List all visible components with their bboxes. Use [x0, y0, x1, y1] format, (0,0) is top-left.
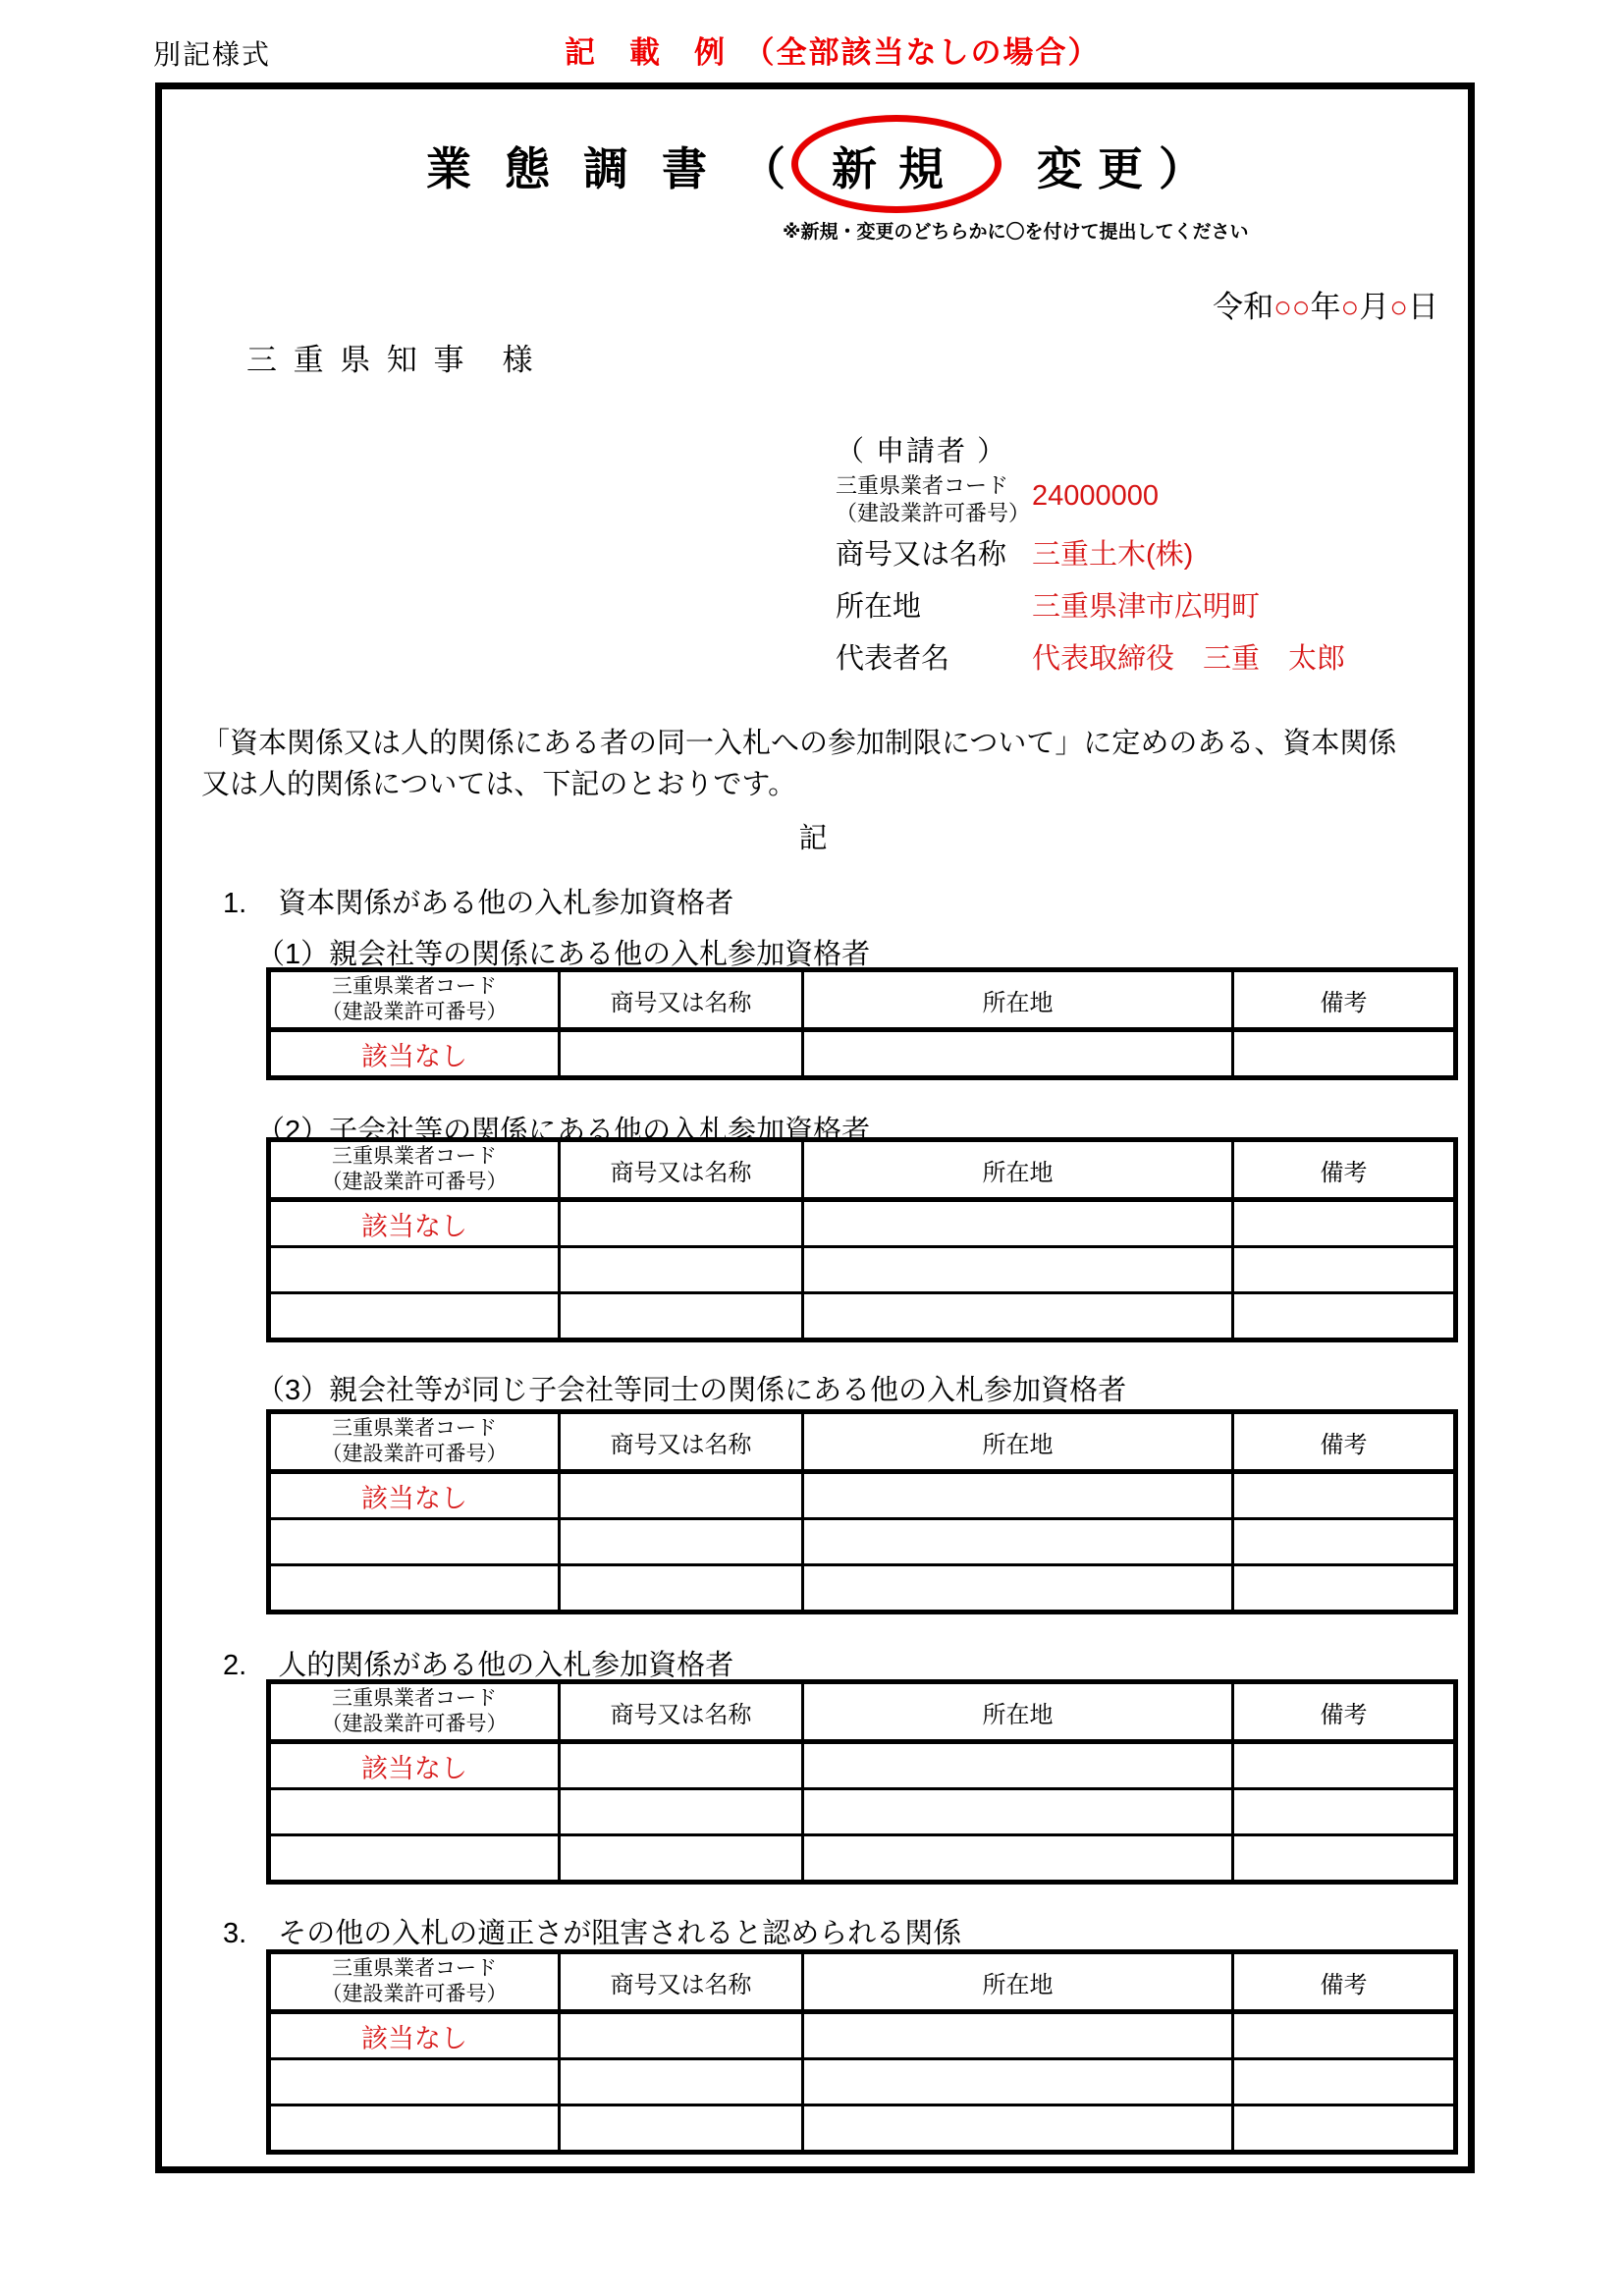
document-title: 業態調書（新規変更） [162, 133, 1468, 198]
date-era: 令和 [1213, 290, 1273, 324]
cell-code [269, 1519, 560, 1565]
cell-address [803, 1835, 1233, 1883]
cell-name [560, 2059, 803, 2105]
cell-name [560, 1200, 803, 1247]
cell-address [803, 1472, 1233, 1519]
cell-address [803, 1519, 1233, 1565]
col-header-code-line2: （建設業許可番号） [271, 1712, 558, 1737]
cell-address [803, 1565, 1233, 1613]
col-header-note: 備考 [1233, 1140, 1456, 1200]
table-row [269, 2105, 1456, 2153]
col-header-code-line2: （建設業許可番号） [271, 1982, 558, 2007]
representative-value: 代表取締役 三重 太郎 [1032, 636, 1345, 677]
col-header-name: 商号又は名称 [560, 1682, 803, 1742]
address-value: 三重県津市広明町 [1032, 584, 1260, 625]
table-header-row: 三重県業者コード （建設業許可番号） 商号又は名称 所在地 備考 [269, 970, 1456, 1030]
date-year-suffix: 年 [1311, 290, 1341, 324]
cell-note [1233, 2059, 1456, 2105]
cell-code: 該当なし [269, 1200, 560, 1247]
col-header-address: 所在地 [803, 1952, 1233, 2012]
cell-code [269, 1565, 560, 1613]
col-header-address: 所在地 [803, 1140, 1233, 1200]
form-page: 別記様式 記 載 例 （全部該当なしの場合） 業態調書（新規変更） ※新規・変更… [0, 0, 1624, 2296]
col-header-code: 三重県業者コード （建設業許可番号） [269, 1952, 560, 2012]
cell-address [803, 1789, 1233, 1835]
col-header-address: 所在地 [803, 1682, 1233, 1742]
table-header-row: 三重県業者コード （建設業許可番号） 商号又は名称 所在地 備考 [269, 1952, 1456, 2012]
table-row [269, 1565, 1456, 1613]
new-option-circled: 新規 [791, 115, 1001, 213]
addressee: 三 重 県 知 事 様 [246, 335, 536, 379]
company-name-value: 三重土木(株) [1032, 532, 1193, 573]
col-header-code-line1: 三重県業者コード [271, 1416, 558, 1442]
date-day-placeholder: ○ [1389, 290, 1408, 324]
cell-name [560, 2105, 803, 2153]
table-row: 該当なし [269, 2012, 1456, 2059]
col-header-code: 三重県業者コード （建設業許可番号） [269, 1140, 560, 1200]
cell-code [269, 2059, 560, 2105]
cell-note [1233, 1293, 1456, 1340]
cell-name [560, 2012, 803, 2059]
section-1-number: 1. [223, 888, 246, 920]
table-row [269, 1293, 1456, 1340]
company-name-label: 商号又は名称 [836, 532, 1006, 573]
table-header-row: 三重県業者コード （建設業許可番号） 商号又は名称 所在地 備考 [269, 1682, 1456, 1742]
table-header-row: 三重県業者コード （建設業許可番号） 商号又は名称 所在地 備考 [269, 1412, 1456, 1472]
subsection-1-3-heading: （3）親会社等が同じ子会社等同士の関係にある他の入札参加資格者 [256, 1368, 1126, 1408]
table-row: 該当なし [269, 1200, 1456, 1247]
col-header-note: 備考 [1233, 1952, 1456, 2012]
cell-code: 該当なし [269, 1742, 560, 1789]
cell-note [1233, 1565, 1456, 1613]
section-1-title: 資本関係がある他の入札参加資格者 [278, 888, 733, 919]
cell-note [1233, 1030, 1456, 1078]
relation-table-personal: 三重県業者コード （建設業許可番号） 商号又は名称 所在地 備考 該当なし [266, 1679, 1458, 1885]
cell-code: 該当なし [269, 1472, 560, 1519]
section-2-title: 人的関係がある他の入札参加資格者 [278, 1650, 733, 1681]
col-header-note: 備考 [1233, 1412, 1456, 1472]
col-header-code-line2: （建設業許可番号） [271, 1170, 558, 1195]
section-3-heading: 3.その他の入札の適正さが阻害されると認められる関係 [223, 1911, 961, 1951]
example-heading: 記 載 例 （全部該当なしの場合） [565, 27, 1101, 72]
col-header-code-line2: （建設業許可番号） [271, 1000, 558, 1025]
col-header-address: 所在地 [803, 970, 1233, 1030]
table-row [269, 1247, 1456, 1293]
section-1-heading: 1.資本関係がある他の入札参加資格者 [223, 881, 733, 921]
cell-note [1233, 1200, 1456, 1247]
cell-address [803, 1742, 1233, 1789]
col-header-code: 三重県業者コード （建設業許可番号） [269, 1412, 560, 1472]
relation-table-same-parent: 三重県業者コード （建設業許可番号） 商号又は名称 所在地 備考 該当なし [266, 1409, 1458, 1614]
vendor-code-label: 三重県業者コード （建設業許可番号） [836, 472, 1030, 527]
cell-address [803, 2012, 1233, 2059]
cell-code [269, 1247, 560, 1293]
body-paragraph-line2: 又は人的関係については、下記のとおりです。 [201, 764, 1396, 805]
form-style-label: 別記様式 [153, 33, 271, 73]
cell-code [269, 1835, 560, 1883]
vendor-code-value: 24000000 [1032, 480, 1159, 513]
vendor-code-label-line1: 三重県業者コード [836, 472, 1030, 500]
title-note: ※新規・変更のどちらかに〇を付けて提出してください [783, 217, 1248, 244]
date-month-placeholder: ○ [1341, 290, 1360, 324]
date-day-suffix: 日 [1408, 290, 1438, 324]
vendor-code-label-line2: （建設業許可番号） [836, 500, 1030, 527]
table-row [269, 1835, 1456, 1883]
cell-name [560, 1565, 803, 1613]
cell-code: 該当なし [269, 1030, 560, 1078]
cell-name [560, 1472, 803, 1519]
table-row: 該当なし [269, 1472, 1456, 1519]
cell-note [1233, 1519, 1456, 1565]
document-title-text: 業態調書 [426, 143, 740, 194]
cell-address [803, 2059, 1233, 2105]
record-mark: 記 [162, 816, 1468, 856]
table-row: 該当なし [269, 1742, 1456, 1789]
cell-address [803, 1293, 1233, 1340]
title-close-paren: ） [1159, 143, 1204, 194]
submission-date: 令和○○年○月○日 [1213, 282, 1438, 326]
cell-name [560, 1789, 803, 1835]
cell-name [560, 1742, 803, 1789]
section-2-number: 2. [223, 1650, 246, 1682]
table-row [269, 2059, 1456, 2105]
address-label: 所在地 [836, 584, 921, 625]
date-year-placeholder: ○○ [1273, 290, 1310, 324]
body-paragraph: 「資本関係又は人的関係にある者の同一入札への参加制限について」に定めのある、資本… [201, 723, 1396, 805]
relation-table-other: 三重県業者コード （建設業許可番号） 商号又は名称 所在地 備考 該当なし [266, 1949, 1458, 2155]
cell-name [560, 1247, 803, 1293]
cell-note [1233, 1742, 1456, 1789]
col-header-address: 所在地 [803, 1412, 1233, 1472]
col-header-code-line1: 三重県業者コード [271, 974, 558, 1000]
cell-note [1233, 1247, 1456, 1293]
cell-address [803, 2105, 1233, 2153]
col-header-name: 商号又は名称 [560, 1952, 803, 2012]
cell-name [560, 1293, 803, 1340]
cell-note [1233, 1789, 1456, 1835]
cell-code: 該当なし [269, 2012, 560, 2059]
cell-name [560, 1835, 803, 1883]
cell-address [803, 1247, 1233, 1293]
col-header-note: 備考 [1233, 970, 1456, 1030]
document-frame: 業態調書（新規変更） ※新規・変更のどちらかに〇を付けて提出してください 令和○… [155, 82, 1475, 2173]
col-header-code: 三重県業者コード （建設業許可番号） [269, 1682, 560, 1742]
subsection-1-1-heading: （1）親会社等の関係にある他の入札参加資格者 [256, 932, 870, 972]
cell-code [269, 1293, 560, 1340]
section-3-title: その他の入札の適正さが阻害されると認められる関係 [278, 1918, 961, 1949]
cell-code [269, 2105, 560, 2153]
col-header-name: 商号又は名称 [560, 1140, 803, 1200]
table-row [269, 1789, 1456, 1835]
col-header-code-line2: （建設業許可番号） [271, 1442, 558, 1467]
cell-address [803, 1030, 1233, 1078]
cell-note [1233, 1472, 1456, 1519]
table-header-row: 三重県業者コード （建設業許可番号） 商号又は名称 所在地 備考 [269, 1140, 1456, 1200]
table-row: 該当なし [269, 1030, 1456, 1078]
cell-name [560, 1519, 803, 1565]
col-header-note: 備考 [1233, 1682, 1456, 1742]
cell-note [1233, 2105, 1456, 2153]
relation-table-parent-company: 三重県業者コード （建設業許可番号） 商号又は名称 所在地 備考 該当なし [266, 967, 1458, 1080]
cell-address [803, 1200, 1233, 1247]
col-header-code-line1: 三重県業者コード [271, 1144, 558, 1170]
applicant-heading: （ 申請者 ） [836, 429, 1007, 469]
relation-table-subsidiary: 三重県業者コード （建設業許可番号） 商号又は名称 所在地 備考 該当なし [266, 1137, 1458, 1342]
date-month-suffix: 月 [1359, 290, 1389, 324]
col-header-code-line1: 三重県業者コード [271, 1686, 558, 1712]
cell-note [1233, 1835, 1456, 1883]
col-header-name: 商号又は名称 [560, 1412, 803, 1472]
col-header-name: 商号又は名称 [560, 970, 803, 1030]
table-row [269, 1519, 1456, 1565]
cell-code [269, 1789, 560, 1835]
section-3-number: 3. [223, 1918, 246, 1950]
representative-label: 代表者名 [836, 636, 949, 677]
cell-name [560, 1030, 803, 1078]
col-header-code: 三重県業者コード （建設業許可番号） [269, 970, 560, 1030]
section-2-heading: 2.人的関係がある他の入札参加資格者 [223, 1643, 733, 1683]
title-open-paren: （ [740, 143, 785, 194]
change-option: 変更 [1037, 143, 1159, 194]
cell-note [1233, 2012, 1456, 2059]
body-paragraph-line1: 「資本関係又は人的関係にある者の同一入札への参加制限について」に定めのある、資本… [201, 723, 1396, 764]
col-header-code-line1: 三重県業者コード [271, 1956, 558, 1982]
